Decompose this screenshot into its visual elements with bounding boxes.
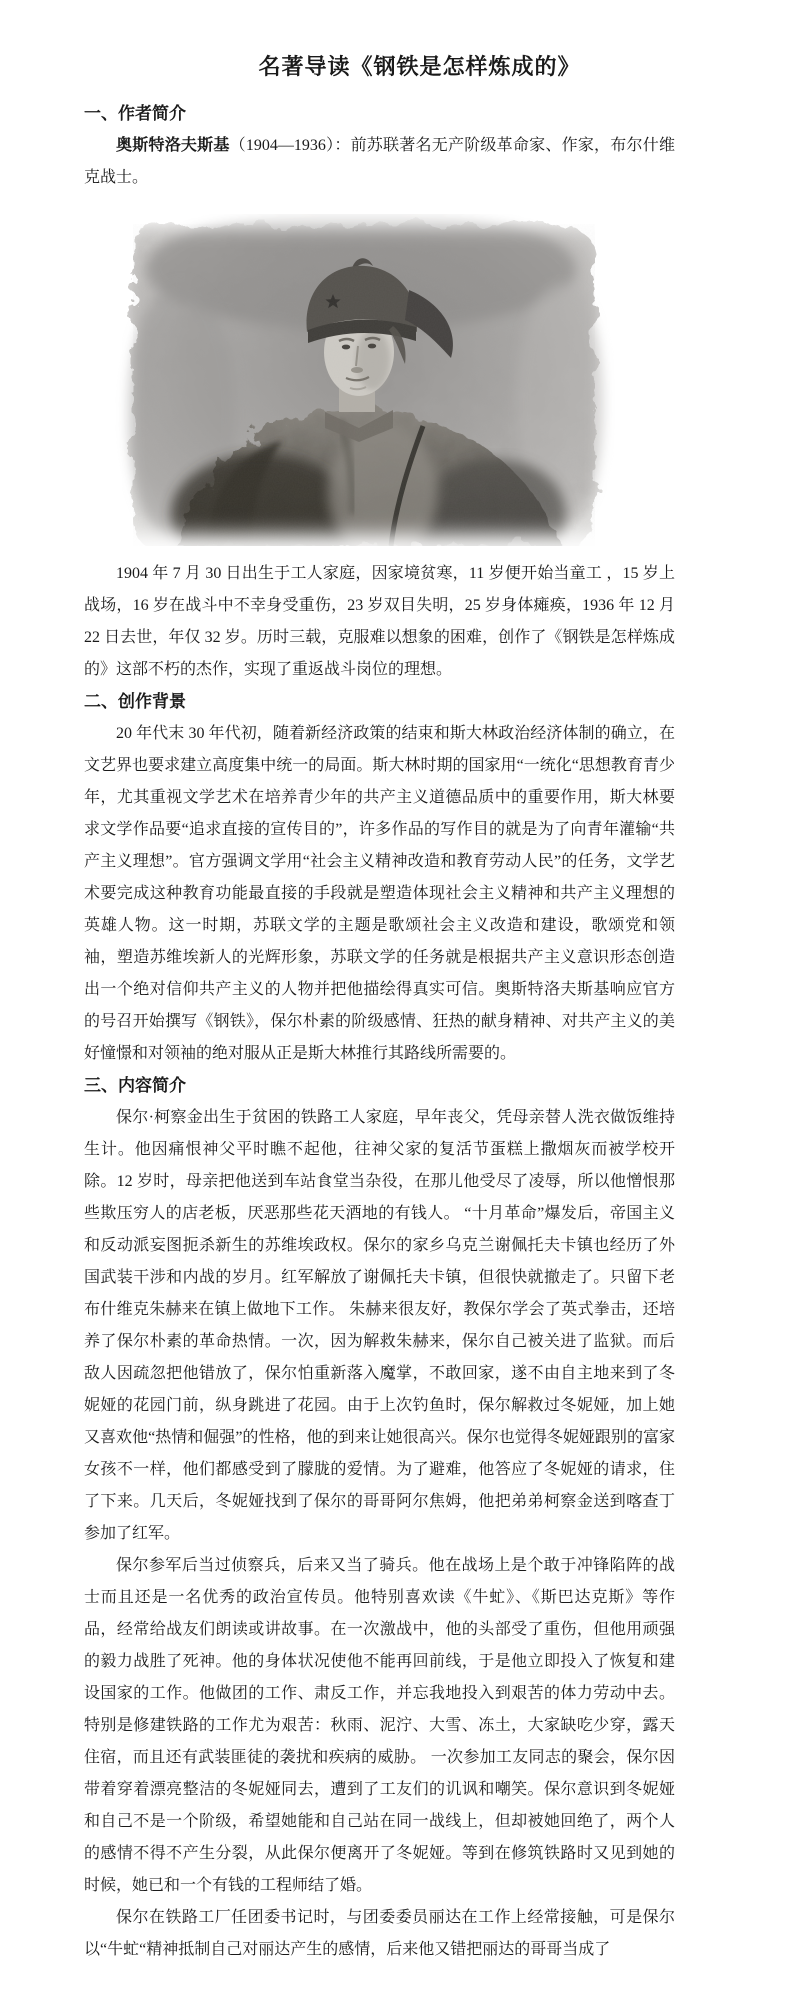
content-paragraph-3: 保尔在铁路工厂任团委书记时，与团委委员丽达在工作上经常接触，可是保尔以“牛虻“精… — [84, 1902, 675, 1966]
section-heading-author: 一、作者简介 — [84, 98, 675, 130]
section-heading-background: 二、创作背景 — [84, 686, 675, 718]
page-title: 名著导读《钢铁是怎样炼成的》 — [164, 50, 675, 84]
background-paragraph: 20 年代末 30 年代初，随着新经济政策的结束和斯大林政治经济体制的确立，在文… — [84, 718, 675, 1070]
author-intro-paragraph: 奥斯特洛夫斯基（1904—1936）：前苏联著名无产阶级革命家、作家，布尔什维克… — [84, 130, 675, 194]
portrait-sketch-svg — [111, 214, 618, 546]
author-portrait-image — [111, 214, 618, 546]
section-heading-content: 三、内容简介 — [84, 1070, 675, 1102]
content-paragraph-2: 保尔参军后当过侦察兵，后来又当了骑兵。他在战场上是个敢于冲锋陷阵的战士而且还是一… — [84, 1550, 675, 1902]
content-paragraph-1: 保尔·柯察金出生于贫困的铁路工人家庭，早年丧父，凭母亲替人洗衣做饭维持生计。他因… — [84, 1102, 675, 1550]
author-name: 奥斯特洛夫斯基 — [116, 137, 230, 154]
document-page: 名著导读《钢铁是怎样炼成的》 一、作者简介 奥斯特洛夫斯基（1904—1936）… — [0, 0, 793, 1998]
author-bio-paragraph: 1904 年 7 月 30 日出生于工人家庭，因家境贫寒，11 岁便开始当童工 … — [84, 558, 675, 686]
